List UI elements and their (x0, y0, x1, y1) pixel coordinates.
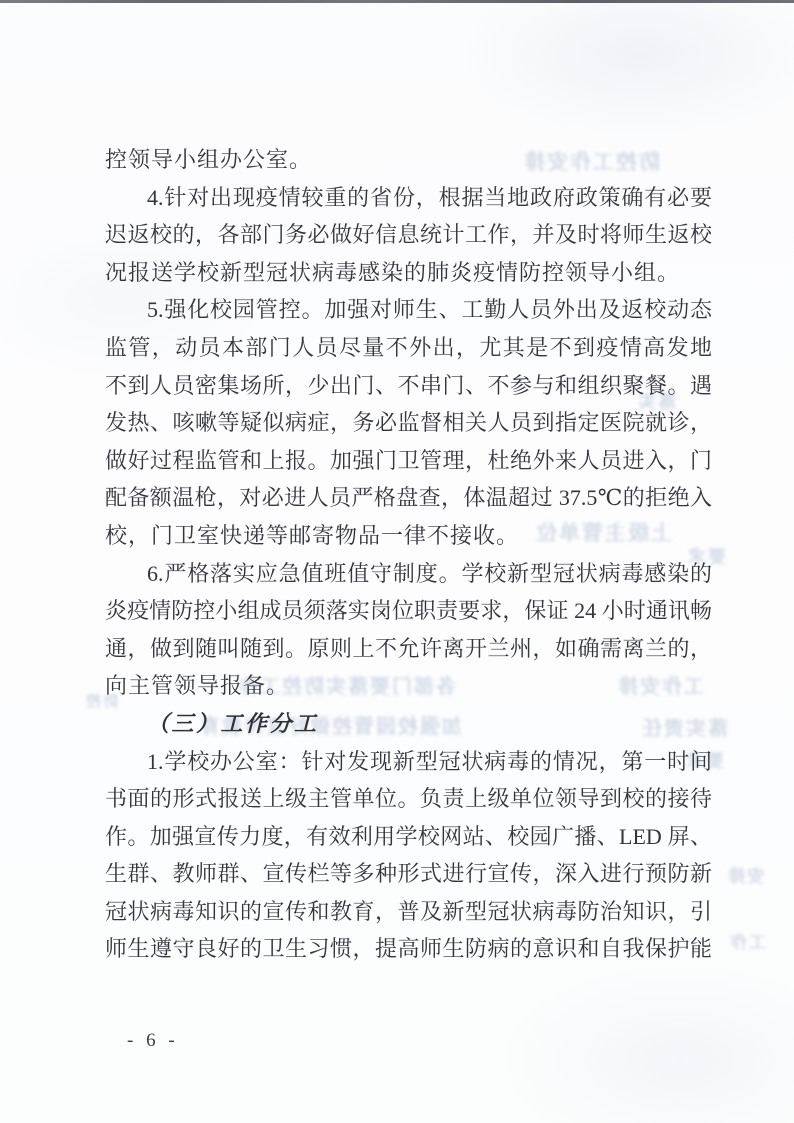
bleed-through-text: 工作 (728, 928, 766, 953)
text-line: 做好过程监管和上报。加强门卫管理，杜绝外来人员进入，门口 (105, 442, 712, 480)
text-line: 向主管领导报备。 (105, 667, 712, 705)
text-line: 4.针对出现疫情较重的省份，根据当地政府政策确有必要推 (105, 179, 712, 217)
section-heading: （三）工作分工 (105, 705, 712, 743)
text-line: 况报送学校新型冠状病毒感染的肺炎疫情防控领导小组。 (105, 254, 712, 292)
scan-edge-artifact (0, 0, 794, 3)
text-line: 发热、咳嗽等疑似病症，务必监督相关人员到指定医院就诊，并 (105, 404, 712, 442)
text-line: 6.严格落实应急值班值守制度。学校新型冠状病毒感染的肺 (105, 555, 712, 593)
text-line: 不到人员密集场所，少出门、不串门、不参与和组织聚餐。遇有 (105, 367, 712, 405)
text-line: 配备额温枪，对必进人员严格盘查，体温超过 37.5℃的拒绝入 (105, 479, 712, 517)
text-line: 控领导小组办公室。 (105, 141, 712, 179)
text-line: 炎疫情防控小组成员须落实岗位职责要求，保证 24 小时通讯畅 (105, 592, 712, 630)
scanned-document-page: 防控工作安排落实上级主管单位要求各部门要落实防控工作工作安排加强校园管控做好宣传… (0, 0, 794, 1123)
bleed-through-text: 安排 (726, 862, 764, 887)
text-line: 迟返校的，各部门务必做好信息统计工作，并及时将师生返校情 (105, 216, 712, 254)
text-line: 校，门卫室快递等邮寄物品一律不接收。 (105, 517, 712, 555)
text-line: 师生遵守良好的卫生习惯，提高师生防病的意识和自我保护能力， (105, 930, 712, 968)
text-line: 生群、教师群、宣传栏等多种形式进行宣传，深入进行预防新型 (105, 855, 712, 893)
text-line: 书面的形式报送上级主管单位。负责上级单位领导到校的接待工 (105, 780, 712, 818)
text-line: 监管，动员本部门人员尽量不外出，尤其是不到疫情高发地区， (105, 329, 712, 367)
text-line: 5.强化校园管控。加强对师生、工勤人员外出及返校动态的 (105, 291, 712, 329)
page-number: - 6 - (127, 1030, 179, 1052)
text-line: 1.学校办公室：针对发现新型冠状病毒的情况，第一时间以 (105, 743, 712, 781)
text-line: 通，做到随叫随到。原则上不允许离开兰州，如确需离兰的，须 (105, 630, 712, 668)
text-line: 作。加强宣传力度，有效利用学校网站、校园广播、LED 屏、学 (105, 818, 712, 856)
text-line: 冠状病毒知识的宣传和教育，普及新型冠状病毒防治知识，引导 (105, 893, 712, 931)
document-body: 控领导小组办公室。4.针对出现疫情较重的省份，根据当地政府政策确有必要推迟返校的… (105, 141, 712, 968)
